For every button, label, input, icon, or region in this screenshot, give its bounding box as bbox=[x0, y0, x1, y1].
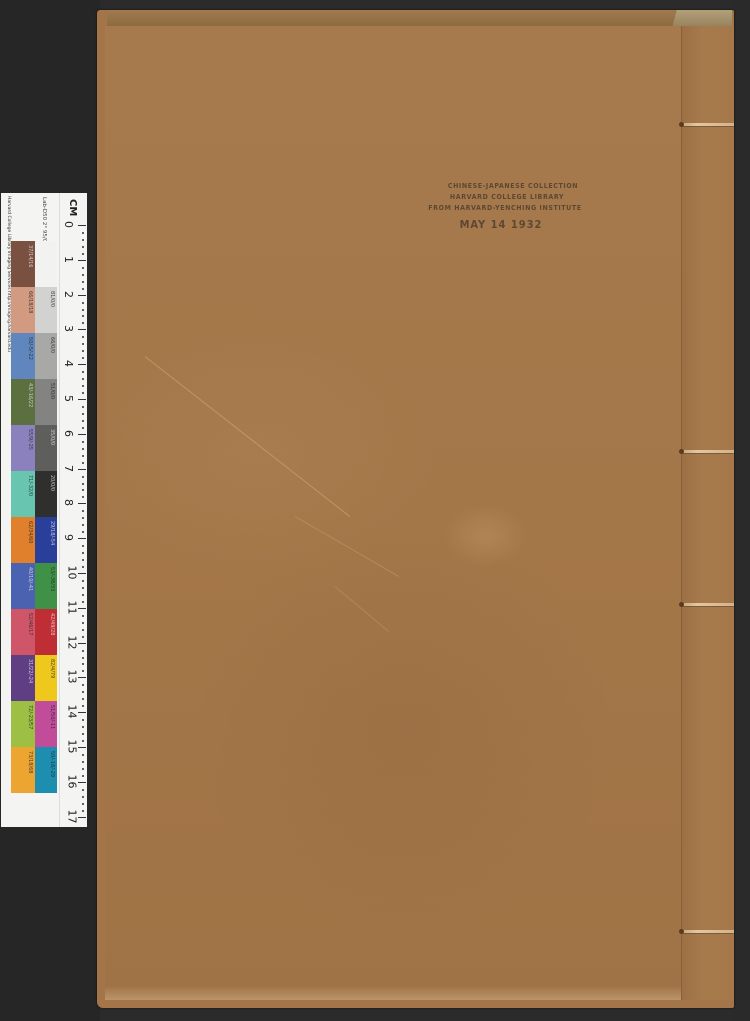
ruler-minor-tick bbox=[82, 705, 84, 707]
ruler-major-tick bbox=[78, 260, 86, 261]
stitch-hole bbox=[679, 449, 684, 454]
ruler-minor-tick bbox=[82, 796, 84, 798]
color-patch: 66/0/0 bbox=[35, 333, 57, 379]
ruler-number: 15 bbox=[66, 740, 79, 754]
ruler-minor-tick bbox=[82, 267, 84, 269]
ruler-major-tick bbox=[78, 225, 86, 226]
color-patch: 82/4/79 bbox=[35, 655, 57, 701]
target-gray-header: Lab-D50 2° 95/0/2 bbox=[41, 197, 47, 248]
ruler-number: 13 bbox=[66, 670, 79, 684]
ruler-major-tick bbox=[78, 399, 86, 400]
color-patch bbox=[35, 241, 57, 287]
ruler-minor-tick bbox=[82, 322, 84, 324]
ruler-minor-tick bbox=[82, 594, 84, 596]
ruler-major-tick bbox=[78, 434, 86, 435]
color-patch-code: 82/4/79 bbox=[49, 659, 55, 678]
color-patch-code: 72/-23/57 bbox=[27, 705, 33, 729]
color-patch-column-left: 37/14/1666/18/1850/-5/-2243/-16/2255/9/-… bbox=[11, 241, 35, 793]
color-patch: 50/-18/-29 bbox=[35, 747, 57, 793]
color-patch: 35/0/0 bbox=[35, 425, 57, 471]
color-patch: 29/18/-54 bbox=[35, 517, 57, 563]
stitch-hole bbox=[679, 122, 684, 127]
stamp-line: HARVARD COLLEGE LIBRARY bbox=[427, 192, 587, 203]
color-patch-code: 66/18/18 bbox=[27, 291, 33, 313]
cover-edge-wear bbox=[105, 986, 681, 1000]
ruler-major-tick bbox=[78, 747, 86, 748]
color-patch: 62/34/60 bbox=[11, 517, 35, 563]
ruler-minor-tick bbox=[82, 357, 84, 359]
ruler-minor-tick bbox=[82, 462, 84, 464]
cm-ruler: CM 01234567891011121314151617 bbox=[59, 193, 88, 827]
binding-stitch bbox=[682, 450, 734, 453]
ruler-minor-tick bbox=[82, 315, 84, 317]
ruler-minor-tick bbox=[82, 510, 84, 512]
ruler-minor-tick bbox=[82, 691, 84, 693]
ruler-minor-tick bbox=[82, 350, 84, 352]
ruler-major-tick bbox=[78, 295, 86, 296]
ruler-minor-tick bbox=[82, 441, 84, 443]
ruler-number: 11 bbox=[66, 600, 79, 614]
ruler-major-tick bbox=[78, 712, 86, 713]
ruler-number: 0 bbox=[62, 221, 75, 228]
cover-crease bbox=[335, 586, 389, 632]
ruler-minor-tick bbox=[82, 566, 84, 568]
ruler-major-tick bbox=[78, 817, 86, 818]
ruler-minor-tick bbox=[82, 761, 84, 763]
ruler-minor-tick bbox=[82, 406, 84, 408]
ruler-minor-tick bbox=[82, 517, 84, 519]
ruler-major-tick bbox=[78, 503, 86, 504]
color-patch-code: 66/0/0 bbox=[49, 337, 55, 353]
color-patch: 71/-32/0 bbox=[11, 471, 35, 517]
ruler-minor-tick bbox=[82, 650, 84, 652]
ruler-minor-tick bbox=[82, 657, 84, 659]
ruler-minor-tick bbox=[82, 719, 84, 721]
color-patch-code: 62/34/60 bbox=[27, 521, 33, 543]
color-patch-code: 20/0/0 bbox=[49, 475, 55, 491]
ruler-number: 12 bbox=[66, 635, 79, 649]
color-patch: 66/18/18 bbox=[11, 287, 35, 333]
ruler-minor-tick bbox=[82, 476, 84, 478]
ruler-minor-tick bbox=[82, 496, 84, 498]
color-patch: 51/0/0 bbox=[35, 379, 57, 425]
ruler-major-tick bbox=[78, 469, 86, 470]
color-patch: 73/18/68 bbox=[11, 747, 35, 793]
ruler-minor-tick bbox=[82, 239, 84, 241]
color-patch: 81/0/0 bbox=[35, 287, 57, 333]
ruler-minor-tick bbox=[82, 371, 84, 373]
ruler-number: 7 bbox=[62, 465, 75, 472]
color-patch: 72/-23/57 bbox=[11, 701, 35, 747]
ruler-minor-tick bbox=[82, 336, 84, 338]
ruler-minor-tick bbox=[82, 775, 84, 777]
ruler-major-tick bbox=[78, 608, 86, 609]
color-patch: 20/0/0 bbox=[35, 471, 57, 517]
color-patch-code: 81/0/0 bbox=[49, 291, 55, 307]
ruler-minor-tick bbox=[82, 455, 84, 457]
ruler-minor-tick bbox=[82, 587, 84, 589]
book-spine-binding bbox=[681, 26, 734, 1000]
ruler-number: 8 bbox=[62, 499, 75, 506]
ruler-minor-tick bbox=[82, 636, 84, 638]
color-patch-code: 55/9/-25 bbox=[27, 429, 33, 450]
ruler-number: 9 bbox=[62, 534, 75, 541]
stitch-hole bbox=[679, 929, 684, 934]
stamp-date: MAY 14 1932 bbox=[421, 218, 581, 231]
ruler-minor-tick bbox=[82, 413, 84, 415]
ruler-major-tick bbox=[78, 329, 86, 330]
stitch-hole bbox=[679, 602, 684, 607]
cover-crease bbox=[295, 516, 399, 577]
color-patch: 55/9/-25 bbox=[11, 425, 35, 471]
ruler-number: 5 bbox=[62, 395, 75, 402]
color-patch-code: 42/49/28 bbox=[49, 613, 55, 635]
color-calibration-target: Harvard College Library Imaging Services… bbox=[1, 193, 87, 827]
ruler-minor-tick bbox=[82, 768, 84, 770]
ruler-number: 14 bbox=[66, 705, 79, 719]
book-cover: CHINESE-JAPANESE COLLECTION HARVARD COLL… bbox=[105, 26, 681, 1000]
ruler-minor-tick bbox=[82, 670, 84, 672]
ruler-minor-tick bbox=[82, 288, 84, 290]
color-patch: 31/22/-24 bbox=[11, 655, 35, 701]
ruler-minor-tick bbox=[82, 684, 84, 686]
ruler-minor-tick bbox=[82, 385, 84, 387]
ruler-major-tick bbox=[78, 538, 86, 539]
binding-stitch bbox=[682, 123, 734, 126]
binding-stitch bbox=[682, 603, 734, 606]
color-patch-code: 50/-5/-22 bbox=[27, 337, 33, 360]
ruler-minor-tick bbox=[82, 615, 84, 617]
ruler-number: 1 bbox=[62, 256, 75, 263]
color-patch-column-right: 81/0/066/0/051/0/035/0/020/0/029/18/-545… bbox=[35, 241, 57, 793]
ruler-minor-tick bbox=[82, 580, 84, 582]
book-top-edge bbox=[107, 10, 707, 27]
ruler-minor-tick bbox=[82, 253, 84, 255]
ruler-minor-tick bbox=[82, 343, 84, 345]
color-patch: 37/14/16 bbox=[11, 241, 35, 287]
scan-background-right bbox=[734, 0, 750, 1021]
ruler-number: 10 bbox=[66, 566, 79, 580]
ruler-minor-tick bbox=[82, 524, 84, 526]
ruler-minor-tick bbox=[82, 622, 84, 624]
ruler-minor-tick bbox=[82, 810, 84, 812]
ruler-number: 6 bbox=[62, 430, 75, 437]
ruler-number: 2 bbox=[62, 291, 75, 298]
book: CHINESE-JAPANESE COLLECTION HARVARD COLL… bbox=[97, 10, 734, 1008]
ruler-major-tick bbox=[78, 364, 86, 365]
ruler-minor-tick bbox=[82, 246, 84, 248]
ruler-minor-tick bbox=[82, 427, 84, 429]
ruler-minor-tick bbox=[82, 232, 84, 234]
ruler-minor-tick bbox=[82, 789, 84, 791]
ruler-minor-tick bbox=[82, 545, 84, 547]
ruler-minor-tick bbox=[82, 274, 84, 276]
stamp-line: CHINESE-JAPANESE COLLECTION bbox=[433, 181, 593, 192]
ruler-minor-tick bbox=[82, 552, 84, 554]
ruler-minor-tick bbox=[82, 531, 84, 533]
ruler-minor-tick bbox=[82, 559, 84, 561]
color-patch: 51/50/-11 bbox=[35, 701, 57, 747]
target-credit-text: Harvard College Library Imaging Services… bbox=[3, 196, 11, 496]
library-stamp: CHINESE-JAPANESE COLLECTION HARVARD COLL… bbox=[427, 181, 587, 231]
stamp-line: FROM HARVARD-YENCHING INSTITUTE bbox=[425, 203, 585, 214]
color-patch-code: 51/50/-11 bbox=[49, 705, 55, 729]
color-patch-code: 73/18/68 bbox=[27, 751, 33, 773]
ruler-number: 3 bbox=[62, 325, 75, 332]
ruler-minor-tick bbox=[82, 803, 84, 805]
color-patch-code: 31/22/-24 bbox=[27, 659, 33, 683]
color-patch-code: 37/14/16 bbox=[27, 245, 33, 267]
ruler-minor-tick bbox=[82, 309, 84, 311]
ruler-minor-tick bbox=[82, 754, 84, 756]
color-patch: 53/-38/33 bbox=[35, 563, 57, 609]
color-patch-code: 52/46/17 bbox=[27, 613, 33, 635]
ruler-minor-tick bbox=[82, 420, 84, 422]
color-patch: 42/49/28 bbox=[35, 609, 57, 655]
ruler-major-tick bbox=[78, 677, 86, 678]
ruler-minor-tick bbox=[82, 726, 84, 728]
ruler-minor-tick bbox=[82, 483, 84, 485]
ruler-minor-tick bbox=[82, 448, 84, 450]
color-patch-code: 51/0/0 bbox=[49, 383, 55, 399]
ruler-minor-tick bbox=[82, 733, 84, 735]
ruler-minor-tick bbox=[82, 698, 84, 700]
color-patch-code: 71/-32/0 bbox=[27, 475, 33, 496]
ruler-number: 4 bbox=[62, 360, 75, 367]
color-patch: 40/10/-41 bbox=[11, 563, 35, 609]
ruler-minor-tick bbox=[82, 489, 84, 491]
binding-stitch bbox=[682, 930, 734, 933]
ruler-unit-label: CM bbox=[67, 199, 78, 216]
ruler-minor-tick bbox=[82, 601, 84, 603]
ruler-minor-tick bbox=[82, 392, 84, 394]
ruler-minor-tick bbox=[82, 740, 84, 742]
color-patch-code: 50/-18/-29 bbox=[49, 751, 55, 777]
ruler-minor-tick bbox=[82, 302, 84, 304]
ruler-major-tick bbox=[78, 782, 86, 783]
ruler-number: 16 bbox=[66, 774, 79, 788]
ruler-major-tick bbox=[78, 643, 86, 644]
ruler-minor-tick bbox=[82, 663, 84, 665]
color-patch-code: 29/18/-54 bbox=[49, 521, 55, 545]
ruler-minor-tick bbox=[82, 378, 84, 380]
cover-crease bbox=[145, 356, 350, 517]
ruler-minor-tick bbox=[82, 629, 84, 631]
color-patch: 50/-5/-22 bbox=[11, 333, 35, 379]
color-patch: 52/46/17 bbox=[11, 609, 35, 655]
ruler-major-tick bbox=[78, 573, 86, 574]
ruler-number: 17 bbox=[66, 809, 79, 823]
color-patch-code: 35/0/0 bbox=[49, 429, 55, 445]
color-patch-code: 40/10/-41 bbox=[27, 567, 33, 591]
ruler-minor-tick bbox=[82, 281, 84, 283]
color-patch-code: 43/-16/22 bbox=[27, 383, 33, 407]
color-patch: 43/-16/22 bbox=[11, 379, 35, 425]
color-patch-code: 53/-38/33 bbox=[49, 567, 55, 591]
